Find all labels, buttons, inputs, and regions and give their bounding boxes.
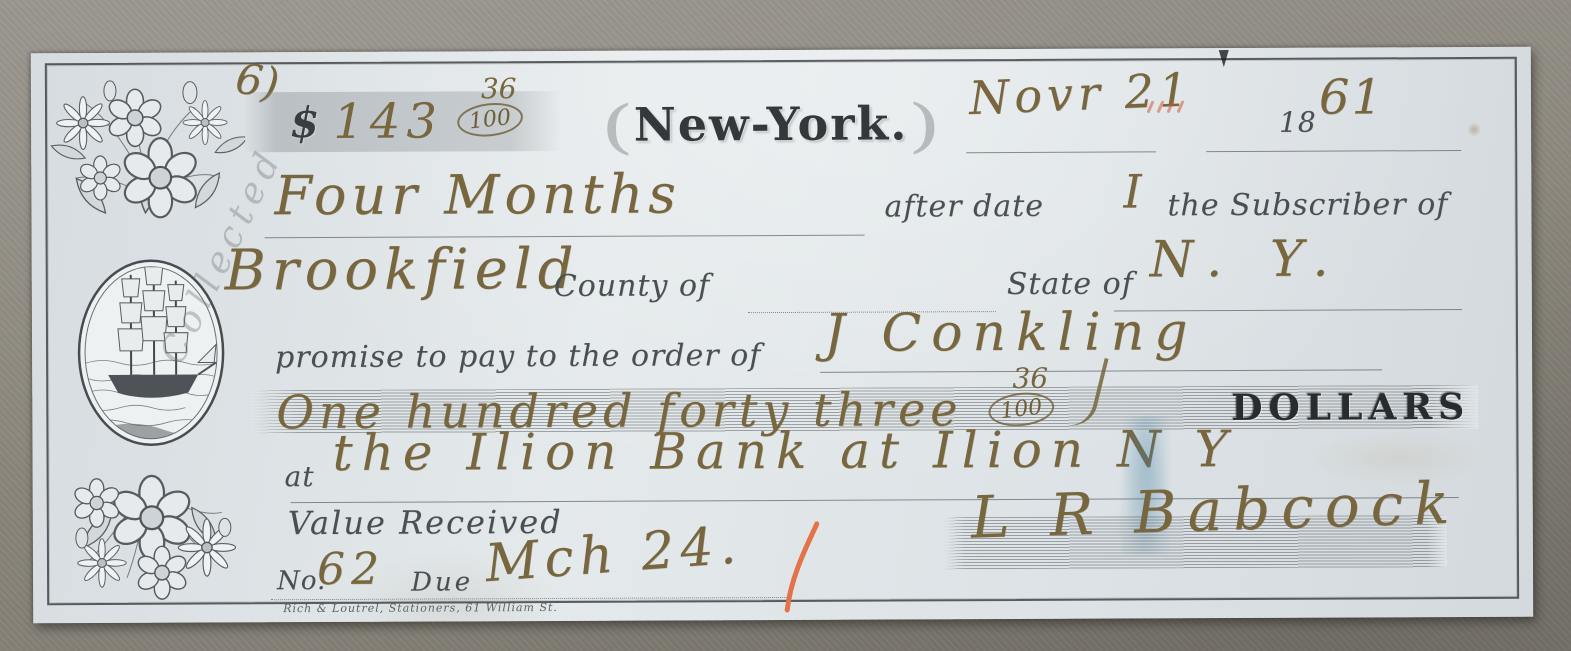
floral-engraving-bottom bbox=[72, 476, 236, 600]
town-handwritten: Brookfield bbox=[225, 237, 580, 304]
stationer-imprint: Rich & Loutrel, Stationers, 61 William S… bbox=[283, 601, 558, 615]
fraction-numerator: 36 bbox=[1012, 362, 1048, 395]
dollars-label: DOLLARS bbox=[1231, 386, 1470, 429]
place-title: New-York. bbox=[634, 96, 909, 151]
state-handwritten: N. Y. bbox=[1150, 230, 1345, 289]
flourish-right: ) bbox=[908, 91, 942, 159]
after-date-printed: after date bbox=[884, 189, 1044, 225]
floral-engraving-top bbox=[49, 80, 247, 217]
year-handwritten: 61 bbox=[1319, 69, 1384, 125]
ink-blot bbox=[1219, 50, 1229, 67]
at-label-printed: at bbox=[285, 460, 315, 493]
cents-fraction-words: 36 100 bbox=[988, 362, 1054, 426]
red-ink-ticks bbox=[1149, 100, 1182, 113]
pronoun-handwritten: I bbox=[1123, 164, 1141, 218]
amount-figures-band: $ 143 36 100 bbox=[244, 91, 562, 152]
county-label-printed: County of bbox=[554, 268, 711, 304]
date-handwritten: Novr 21 bbox=[968, 62, 1194, 125]
due-label-printed: Due bbox=[411, 567, 473, 597]
flourish-left: ( bbox=[600, 93, 634, 161]
term-handwritten: Four Months bbox=[274, 162, 681, 227]
promissory-note-check: Collected 6) $ 143 36 100 ( New-York. ) … bbox=[31, 47, 1533, 624]
promise-printed: promise to pay to the order of bbox=[275, 338, 761, 375]
dollar-sign: $ bbox=[290, 98, 319, 147]
payee-handwritten: J Conkling bbox=[824, 302, 1198, 364]
place-title-group: ( New-York. ) bbox=[586, 91, 956, 161]
year-prefix-printed: 18 bbox=[1279, 106, 1317, 139]
left-border-engraving bbox=[45, 62, 247, 603]
photo-background: Collected 6) $ 143 36 100 ( New-York. ) … bbox=[0, 0, 1571, 651]
subscriber-printed: the Subscriber of bbox=[1167, 187, 1448, 223]
cents-fraction: 36 100 bbox=[457, 72, 523, 136]
fraction-numerator: 36 bbox=[481, 72, 517, 105]
bank-handwritten: the Ilion Bank at Ilion N Y bbox=[332, 420, 1236, 482]
number-handwritten: 62 bbox=[317, 544, 385, 595]
state-label-printed: State of bbox=[1007, 266, 1134, 302]
orange-check-mark bbox=[775, 518, 825, 618]
fraction-denominator: 100 bbox=[455, 100, 524, 140]
amount-figures: 143 bbox=[333, 93, 443, 149]
